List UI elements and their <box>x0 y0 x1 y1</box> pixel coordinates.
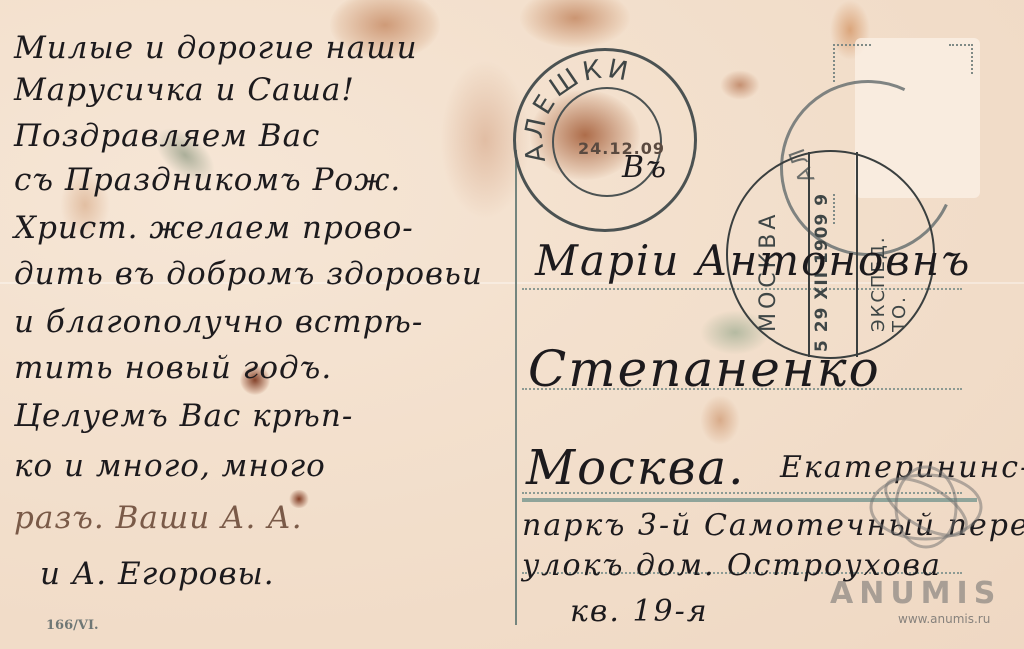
watermark-logo-icon <box>866 462 986 552</box>
recipient-last-name: Степаненко <box>528 340 881 398</box>
address-prefix: Въ <box>622 150 668 185</box>
message-line: Целуемъ Вас крѣп- <box>14 398 353 434</box>
foxing-stain <box>700 395 740 445</box>
message-line: Марусичка и Саша! <box>14 72 355 108</box>
message-line: дить въ добромъ здоровьи <box>14 256 483 292</box>
message-signature-line: разъ. Ваши А. А. <box>14 500 303 536</box>
message-line: Поздравляем Вас <box>14 118 320 154</box>
catalog-code: 166/VI. <box>46 618 99 633</box>
message-line: ко и много, много <box>14 448 326 484</box>
postcard: Милые и дорогие наши Марусичка и Саша! П… <box>0 0 1024 649</box>
watermark-url: www.anumis.ru <box>898 612 990 626</box>
message-line: и благополучно встрѣ- <box>14 304 423 340</box>
watermark-brand: ANUMIS <box>830 576 1001 611</box>
address-apartment: кв. 19-я <box>570 594 709 629</box>
message-line: съ Праздникомъ Рож. <box>14 162 401 198</box>
foxing-stain <box>520 0 630 48</box>
message-line: тить новый годъ. <box>14 350 332 386</box>
message-signature-line: и А. Егоровы. <box>40 556 275 592</box>
departure-postmark: АЛЕШКИ 24.12.09 <box>513 48 697 232</box>
message-line: Христ. желаем провo- <box>14 210 414 246</box>
message-line: Милые и дорогие наши <box>14 30 418 66</box>
foxing-stain <box>720 70 760 100</box>
address-city: Москва. <box>526 440 745 496</box>
recipient-first-name: Марiи Антоновнъ <box>535 236 971 285</box>
